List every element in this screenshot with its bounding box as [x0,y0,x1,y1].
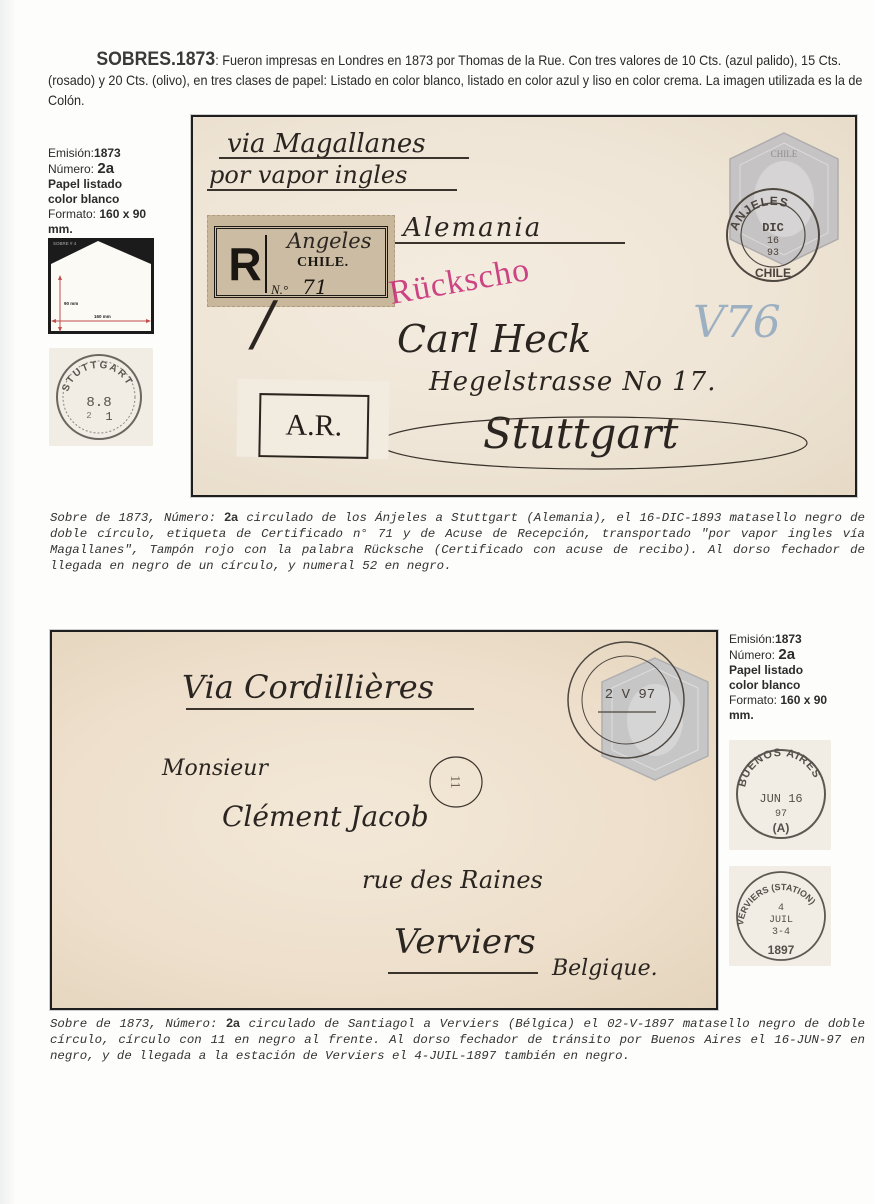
registration-town: Angeles [287,229,371,253]
verviers-postmark-image: VERVIERS (STATION) 4 JUIL 3-4 1897 [729,866,831,966]
acknowledgement-label: A.R. [236,379,389,460]
emision-value: 1873 [775,632,802,646]
numero-value: 2a [97,160,114,177]
diagram-label: SOBRE # 4 [53,241,76,246]
postmark-icon: STUTTGART 8.8 2 1 [49,348,153,446]
paper-type-line2: color blanco [48,192,168,207]
issue-info-1: Emisión:1873 Número: 2a Papel listado co… [48,146,168,237]
svg-text:8.8: 8.8 [86,395,111,411]
envelope-2-surface: Via Cordillières Monsieur Clément Jacob … [52,632,716,1008]
registration-label: R Angeles CHILE. N.°71 [207,215,395,307]
svg-text:BUENOS AIRES: BUENOS AIRES [736,747,823,788]
envelope-outline-icon [48,238,154,334]
paper-type-line1: Papel listado [729,663,859,678]
svg-text:93: 93 [767,248,779,259]
caption-prefix: Sobre de 1873, Número: [50,511,224,525]
svg-text:16: 16 [767,236,779,247]
svg-text:3-4: 3-4 [772,927,790,938]
registration-number: 71 [302,275,327,299]
format-unit: mm. [729,708,859,723]
envelope-1: via Magallanes por vapor ingles Alemania… [191,115,857,497]
envelope-2: Via Cordillières Monsieur Clément Jacob … [50,630,718,1010]
svg-text:CHILE: CHILE [771,149,798,159]
caption-number: 2a [224,510,238,524]
svg-text:DIC: DIC [762,221,784,235]
svg-text:JUIL: JUIL [769,915,793,926]
addressee-street: Hegelstrasse No 17. [429,367,716,397]
postmark-icon: BUENOS AIRES JUN 16 97 (A) [729,740,831,850]
paper-type-line2: color blanco [729,678,859,693]
rucksche-red-stamp: Rückscho [386,251,533,313]
svg-text:(A): (A) [773,821,790,835]
caption-2: Sobre de 1873, Número: 2a circulado de S… [50,1015,865,1064]
addressee-name: Carl Heck [397,317,591,361]
svg-text:4: 4 [778,903,784,914]
numero-label: Número: [729,648,778,662]
addressee-street: rue des Raines [362,866,543,894]
format-value: 160 x 90 [99,207,146,221]
format-label: Formato: [729,693,780,707]
format-value: 160 x 90 [780,693,827,707]
registration-no-label: N.° [271,282,288,297]
caption-number: 2a [226,1016,240,1030]
ar-text: A.R. [258,393,369,459]
route-line-1: via Magallanes [227,129,426,159]
salutation: Monsieur [162,756,268,781]
stuttgart-postmark-image: STUTTGART 8.8 2 1 [49,348,153,446]
caption-1: Sobre de 1873, Número: 2a circulado de l… [50,509,865,574]
santiago-postmark-icon: 2 V 97 [564,638,688,762]
addressee-country: Belgique. [552,956,658,981]
addressee-name: Clément Jacob [222,800,429,833]
issue-info-2: Emisión:1873 Número: 2a Papel listado co… [729,632,859,723]
circle-11-mark-icon: 11 [428,754,484,810]
destination-country: Alemania [403,213,542,243]
svg-text:2: 2 [86,411,91,421]
width-dimension: 160 mm [94,314,111,319]
svg-text:2 V 97: 2 V 97 [605,687,655,703]
page-edge [0,0,14,1204]
postmark-icon: VERVIERS (STATION) 4 JUIL 3-4 1897 [729,866,831,966]
buenos-aires-postmark-image: BUENOS AIRES JUN 16 97 (A) [729,740,831,850]
emision-label: Emisión: [729,632,775,646]
svg-text:JUN 16: JUN 16 [759,792,802,806]
blue-pencil-note: V76 [693,297,781,348]
envelope-size-diagram: SOBRE # 4 90 mm 160 mm [48,238,154,334]
registration-r-letter: R [225,235,267,293]
svg-text:1: 1 [105,410,112,424]
addressee-city: Verviers [394,922,536,962]
svg-text:11: 11 [447,775,462,788]
intro-paragraph: SOBRES.1873: Fueron impresas en Londres … [48,50,863,111]
city-flourish [373,407,813,477]
caption-prefix: Sobre de 1873, Número: [50,1017,226,1031]
emision-label: Emisión: [48,146,94,160]
numero-label: Número: [48,162,97,176]
emision-value: 1873 [94,146,121,160]
format-unit: mm. [48,222,168,237]
route-line: Via Cordillières [182,668,434,706]
svg-text:CHILE: CHILE [755,266,791,280]
anjeles-postmark-icon: ANJELES DIC 16 93 CHILE [723,185,823,285]
numero-value: 2a [778,646,795,663]
envelope-1-surface: via Magallanes por vapor ingles Alemania… [193,117,855,495]
paper-type-line1: Papel listado [48,177,168,192]
page-title: SOBRES.1873 [96,49,215,70]
route-line-2: por vapor ingles [209,161,407,189]
svg-text:1897: 1897 [768,943,795,957]
flourish-mark: / [253,289,273,359]
svg-text:97: 97 [775,809,787,820]
format-label: Formato: [48,207,99,221]
height-dimension: 90 mm [64,301,78,306]
registration-country: CHILE. [297,255,349,271]
